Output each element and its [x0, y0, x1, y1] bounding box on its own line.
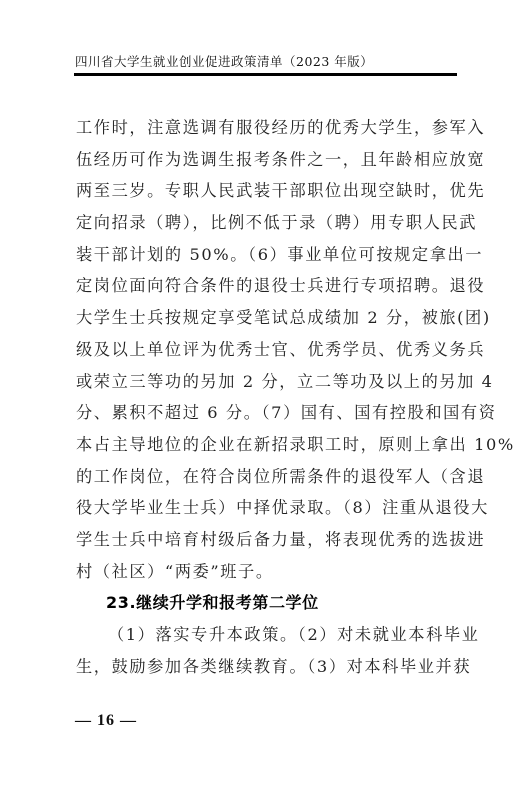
text-line: 级及以上单位评为优秀士官、优秀学员、优秀义务兵 [76, 334, 458, 366]
page-number: — 16 — [75, 712, 137, 730]
text-line: 的工作岗位，在符合岗位所需条件的退役军人（含退 [76, 461, 458, 493]
running-header: 四川省大学生就业创业促进政策清单（2023 年版） [75, 52, 456, 70]
text-line: 学生士兵中培育村级后备力量，将表现优秀的选拔进 [76, 524, 458, 556]
text-line: 或荣立三等功的另加 2 分，立二等功及以上的另加 4 [76, 366, 458, 398]
text-line: 两至三岁。专职人民武装干部职位出现空缺时，优先 [76, 175, 458, 207]
text-line: 分、累积不超过 6 分。（7）国有、国有控股和国有资 [76, 397, 458, 429]
text-line: （1）落实专升本政策。（2）对未就业本科毕业 [76, 619, 458, 651]
text-line: 工作时，注意选调有服役经历的优秀大学生，参军入 [76, 112, 458, 144]
body-text: 工作时，注意选调有服役经历的优秀大学生，参军入 伍经历可作为选调生报考条件之一，… [76, 112, 458, 682]
text-line: 本占主导地位的企业在新招录职工时，原则上拿出 10% [76, 429, 458, 461]
section-heading: 23.继续升学和报考第二学位 [76, 587, 458, 619]
text-line: 村（社区）“两委”班子。 [76, 556, 458, 588]
text-line: 定向招录（聘），比例不低于录（聘）用专职人民武 [76, 207, 458, 239]
text-line: 定岗位面向符合条件的退役士兵进行专项招聘。退役 [76, 270, 458, 302]
text-line: 伍经历可作为选调生报考条件之一，且年龄相应放宽 [76, 144, 458, 176]
text-line: 生，鼓励参加各类继续教育。（3）对本科毕业并获 [76, 651, 458, 683]
header-rule [74, 73, 457, 76]
text-line: 役大学毕业生士兵）中择优录取。（8）注重从退役大 [76, 492, 458, 524]
text-line: 装干部计划的 50%。（6）事业单位可按规定拿出一 [76, 239, 458, 271]
text-line: 大学生士兵按规定享受笔试总成绩加 2 分，被旅(团) [76, 302, 458, 334]
